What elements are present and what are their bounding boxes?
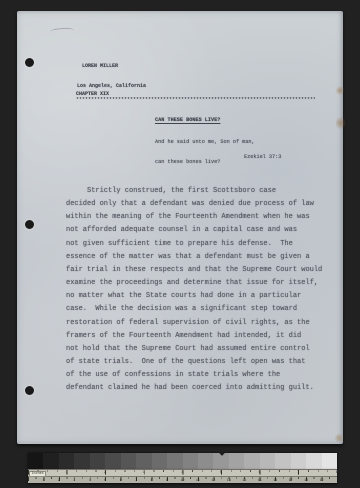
body-line: Strictly construed, the first Scottsboro… [66,185,322,198]
cm-numeral: 7 [135,479,137,482]
cm-numeral: 5 [104,479,106,482]
body-line: examine the proceedings and determine th… [66,277,322,290]
epigraph-attribution: Ezekiel 37:3 [244,154,281,160]
body-line: fair trial in these respects and that th… [66,264,322,277]
cm-numeral: 10 [181,479,185,482]
cm-numeral: 1 [42,479,44,482]
body-line: decided only that a defendant was denied… [66,198,322,211]
body-line: case. While the decision was a significa… [66,303,322,316]
body-line: restoration of federal supervision of ci… [66,317,322,330]
punch-hole-bottom [25,386,34,395]
cm-numeral: 11 [196,479,200,482]
gray-step [90,453,105,469]
body-line: within the meaning of the Fourteenth Ame… [66,211,322,224]
paper-stain [336,85,344,96]
gray-step [43,453,58,469]
pencil-mark [50,27,74,35]
epigraph-line: And he said unto me, Son of man, [155,139,255,146]
epigraph: And he said unto me, Son of man, can the… [155,126,255,179]
gray-step [260,453,275,469]
gray-step [275,453,290,469]
manuscript-page: LOREN MILLER Los Angeles, California CHA… [17,11,343,444]
punch-hole-top [25,58,34,67]
gray-step [229,453,244,469]
ruler-unit-label: Inches [29,471,46,477]
inch-numeral: 3 [143,472,145,476]
body-line: not hold that the Supreme Court had assu… [66,343,322,356]
body-line: essence of the matter was that a defenda… [66,251,322,264]
body-line: no matter what the State courts had done… [66,290,322,303]
punch-hole-middle [25,220,34,229]
page-title: CAN THESE BONES LIVE? [155,117,220,123]
body-line: of the use of confessions in state trial… [66,369,322,382]
cm-numeral: 2 [58,479,60,482]
gray-step [28,453,43,469]
cm-numeral: 14 [242,479,246,482]
gray-step [322,453,337,469]
paper-stain [336,115,345,131]
scanned-page-photograph: LOREN MILLER Los Angeles, California CHA… [0,0,360,488]
cm-numeral: 18 [304,479,308,482]
gray-step [291,453,306,469]
chapter-asterisk-rule: ****************************************… [76,97,315,103]
gray-step [244,453,259,469]
cm-numeral: 12 [211,479,215,482]
inch-numeral: 5 [220,472,222,476]
gray-step [105,453,120,469]
gray-step [74,453,89,469]
gray-step [198,453,213,469]
inch-numeral: 7 [297,472,299,476]
cm-numeral: 4 [89,479,91,482]
inch-numeral: 6 [259,472,261,476]
body-line: of state trials. One of the questions le… [66,356,322,369]
gray-step [59,453,74,469]
cm-numeral: 17 [289,479,293,482]
inch-numeral: 1 [66,472,68,476]
gray-step [121,453,136,469]
body-line: not afforded adequate counsel in a capit… [66,224,322,237]
cm-numeral: 3 [73,479,75,482]
author-location: Los Angeles, California [77,83,146,90]
inch-numeral: 8 [336,472,338,476]
grayscale-calibration-bar [28,453,337,469]
cm-numeral: 19 [320,479,324,482]
cm-numeral: 6 [120,479,122,482]
inch-numeral: 4 [181,472,183,476]
gray-step [183,453,198,469]
inch-numeral: 2 [104,472,106,476]
gray-step [136,453,151,469]
body-paragraph: Strictly construed, the first Scottsboro… [66,185,322,396]
gray-step [152,453,167,469]
gray-step [306,453,321,469]
body-line: framers of the Fourteenth Amendment had … [66,330,322,343]
cm-numeral: 16 [273,479,277,482]
cm-numeral: 8 [151,479,153,482]
author-name: LOREN MILLER [77,63,146,70]
cm-numeral: 15 [258,479,262,482]
epigraph-line: can these bones live? [155,159,255,166]
body-line: not given sufficient time to prepare his… [66,238,322,251]
scan-ruler: Inches 123456781234567891011121314151617… [28,469,337,483]
paper-stain [334,433,344,443]
cm-numeral: 13 [227,479,231,482]
gray-step [167,453,182,469]
body-line: defendant claimed he had been coerced in… [66,382,322,395]
cm-numeral: 9 [166,479,168,482]
